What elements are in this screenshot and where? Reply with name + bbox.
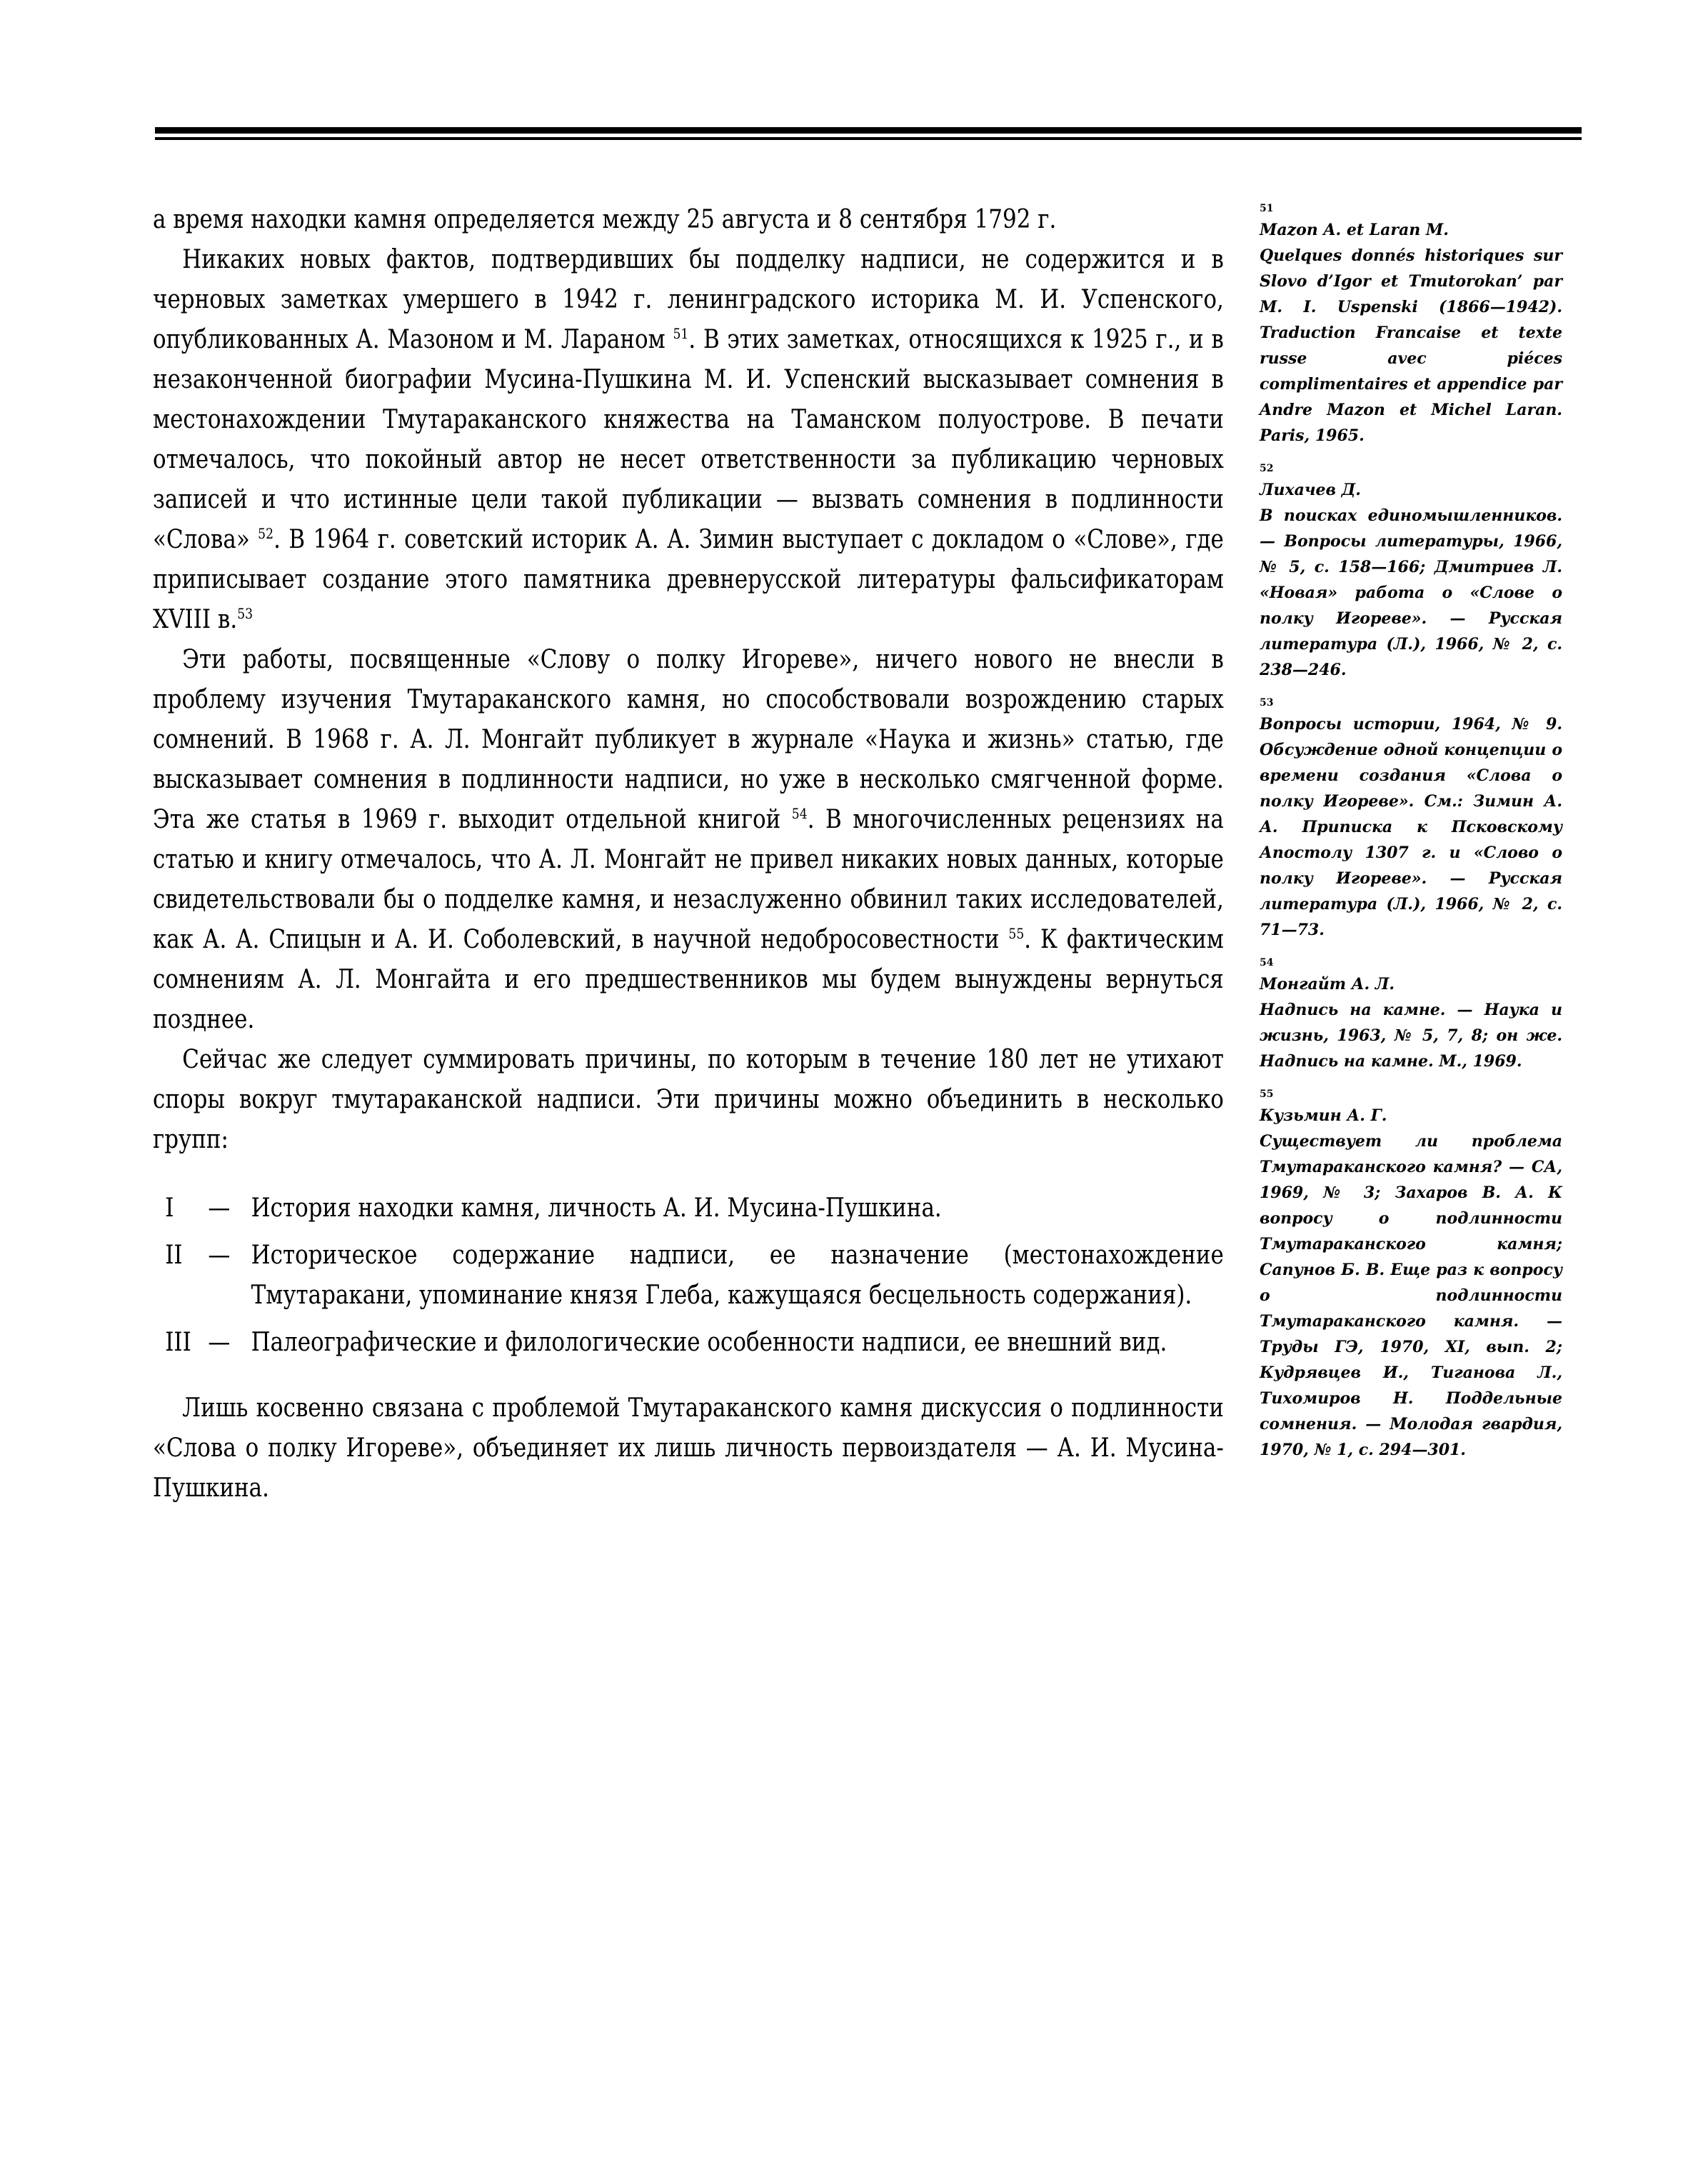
footnote-ref-52[interactable]: 52 xyxy=(258,525,273,542)
footnote-ref-54[interactable]: 54 xyxy=(792,805,808,822)
paragraph-text: . В 1964 г. советский историк А. А. Зими… xyxy=(153,525,1224,634)
footnote-ref-53[interactable]: 53 xyxy=(237,605,253,622)
footnote-ref-55[interactable]: 55 xyxy=(1008,925,1024,942)
sidenote-number: 55 xyxy=(1260,1086,1562,1103)
list-item: I — История находки камня, личность А. И… xyxy=(153,1188,1224,1228)
list-text: Палеографические и филологические особен… xyxy=(251,1323,1224,1363)
sidenote-text: Существует ли проблема Тмутараканского к… xyxy=(1260,1128,1562,1463)
list-item: III — Палеографические и филологические … xyxy=(153,1323,1224,1363)
sidenote-text: Вопросы истории, 1964, № 9. Обсуждение о… xyxy=(1260,711,1562,943)
list-text: История находки камня, личность А. И. Му… xyxy=(251,1188,1224,1228)
sidenote-number: 51 xyxy=(1260,200,1562,217)
list-text: Историческое содержание надписи, ее назн… xyxy=(251,1236,1224,1316)
main-text-column: а время находки камня определяется между… xyxy=(153,200,1224,1508)
list-dash: — xyxy=(208,1236,251,1316)
paragraph-2: Эти работы, посвященные «Слову о полку И… xyxy=(153,640,1224,1040)
paragraph-text: а время находки камня определяется между… xyxy=(153,205,1056,234)
sidenotes-column: 51 Mazon A. et Laran M. Quelques donnés … xyxy=(1260,200,1562,1474)
paragraph-1: Никаких новых фактов, подтвердивших бы п… xyxy=(153,240,1224,640)
sidenote-52: 52 Лихачев Д. В поисках единомышленников… xyxy=(1260,460,1562,683)
sidenote-51: 51 Mazon A. et Laran M. Quelques donnés … xyxy=(1260,200,1562,449)
paragraph-3: Сейчас же следует суммировать причины, п… xyxy=(153,1040,1224,1160)
sidenote-author: Монгайт А. Л. xyxy=(1260,971,1562,997)
sidenote-number: 54 xyxy=(1260,954,1562,971)
sidenote-text: В поисках единомышленников. — Вопросы ли… xyxy=(1260,503,1562,683)
header-rule-thick xyxy=(155,127,1582,134)
sidenote-54: 54 Монгайт А. Л. Надпись на камне. — Нау… xyxy=(1260,954,1562,1074)
sidenote-author: Кузьмин А. Г. xyxy=(1260,1103,1562,1128)
sidenote-53: 53 Вопросы истории, 1964, № 9. Обсуждени… xyxy=(1260,694,1562,943)
paragraph-text: Сейчас же следует суммировать причины, п… xyxy=(153,1045,1224,1154)
list-item: II — Историческое содержание надписи, ее… xyxy=(153,1236,1224,1316)
paragraph-0: а время находки камня определяется между… xyxy=(153,200,1224,240)
list-numeral: III xyxy=(153,1323,208,1363)
list-dash: — xyxy=(208,1323,251,1363)
sidenote-author: Mazon A. et Laran M. xyxy=(1260,217,1562,243)
footnote-ref-51[interactable]: 51 xyxy=(673,325,688,342)
closing-paragraph: Лишь косвенно связана с проблемой Тмутар… xyxy=(153,1388,1224,1508)
paragraph-text: . В этих заметках, относящихся к 1925 г.… xyxy=(153,325,1224,554)
sidenote-number: 53 xyxy=(1260,694,1562,711)
sidenote-text: Quelques donnés historiques sur Slovo d’… xyxy=(1260,243,1562,449)
sidenote-text: Надпись на камне. — Наука и жизнь, 1963,… xyxy=(1260,997,1562,1074)
header-rule-thin xyxy=(155,137,1582,140)
sidenote-55: 55 Кузьмин А. Г. Существует ли проблема … xyxy=(1260,1086,1562,1463)
list-numeral: II xyxy=(153,1236,208,1316)
sidenote-author: Лихачев Д. xyxy=(1260,477,1562,503)
list-numeral: I xyxy=(153,1188,208,1228)
sidenote-number: 52 xyxy=(1260,460,1562,477)
reasons-list: I — История находки камня, личность А. И… xyxy=(153,1188,1224,1363)
list-dash: — xyxy=(208,1188,251,1228)
